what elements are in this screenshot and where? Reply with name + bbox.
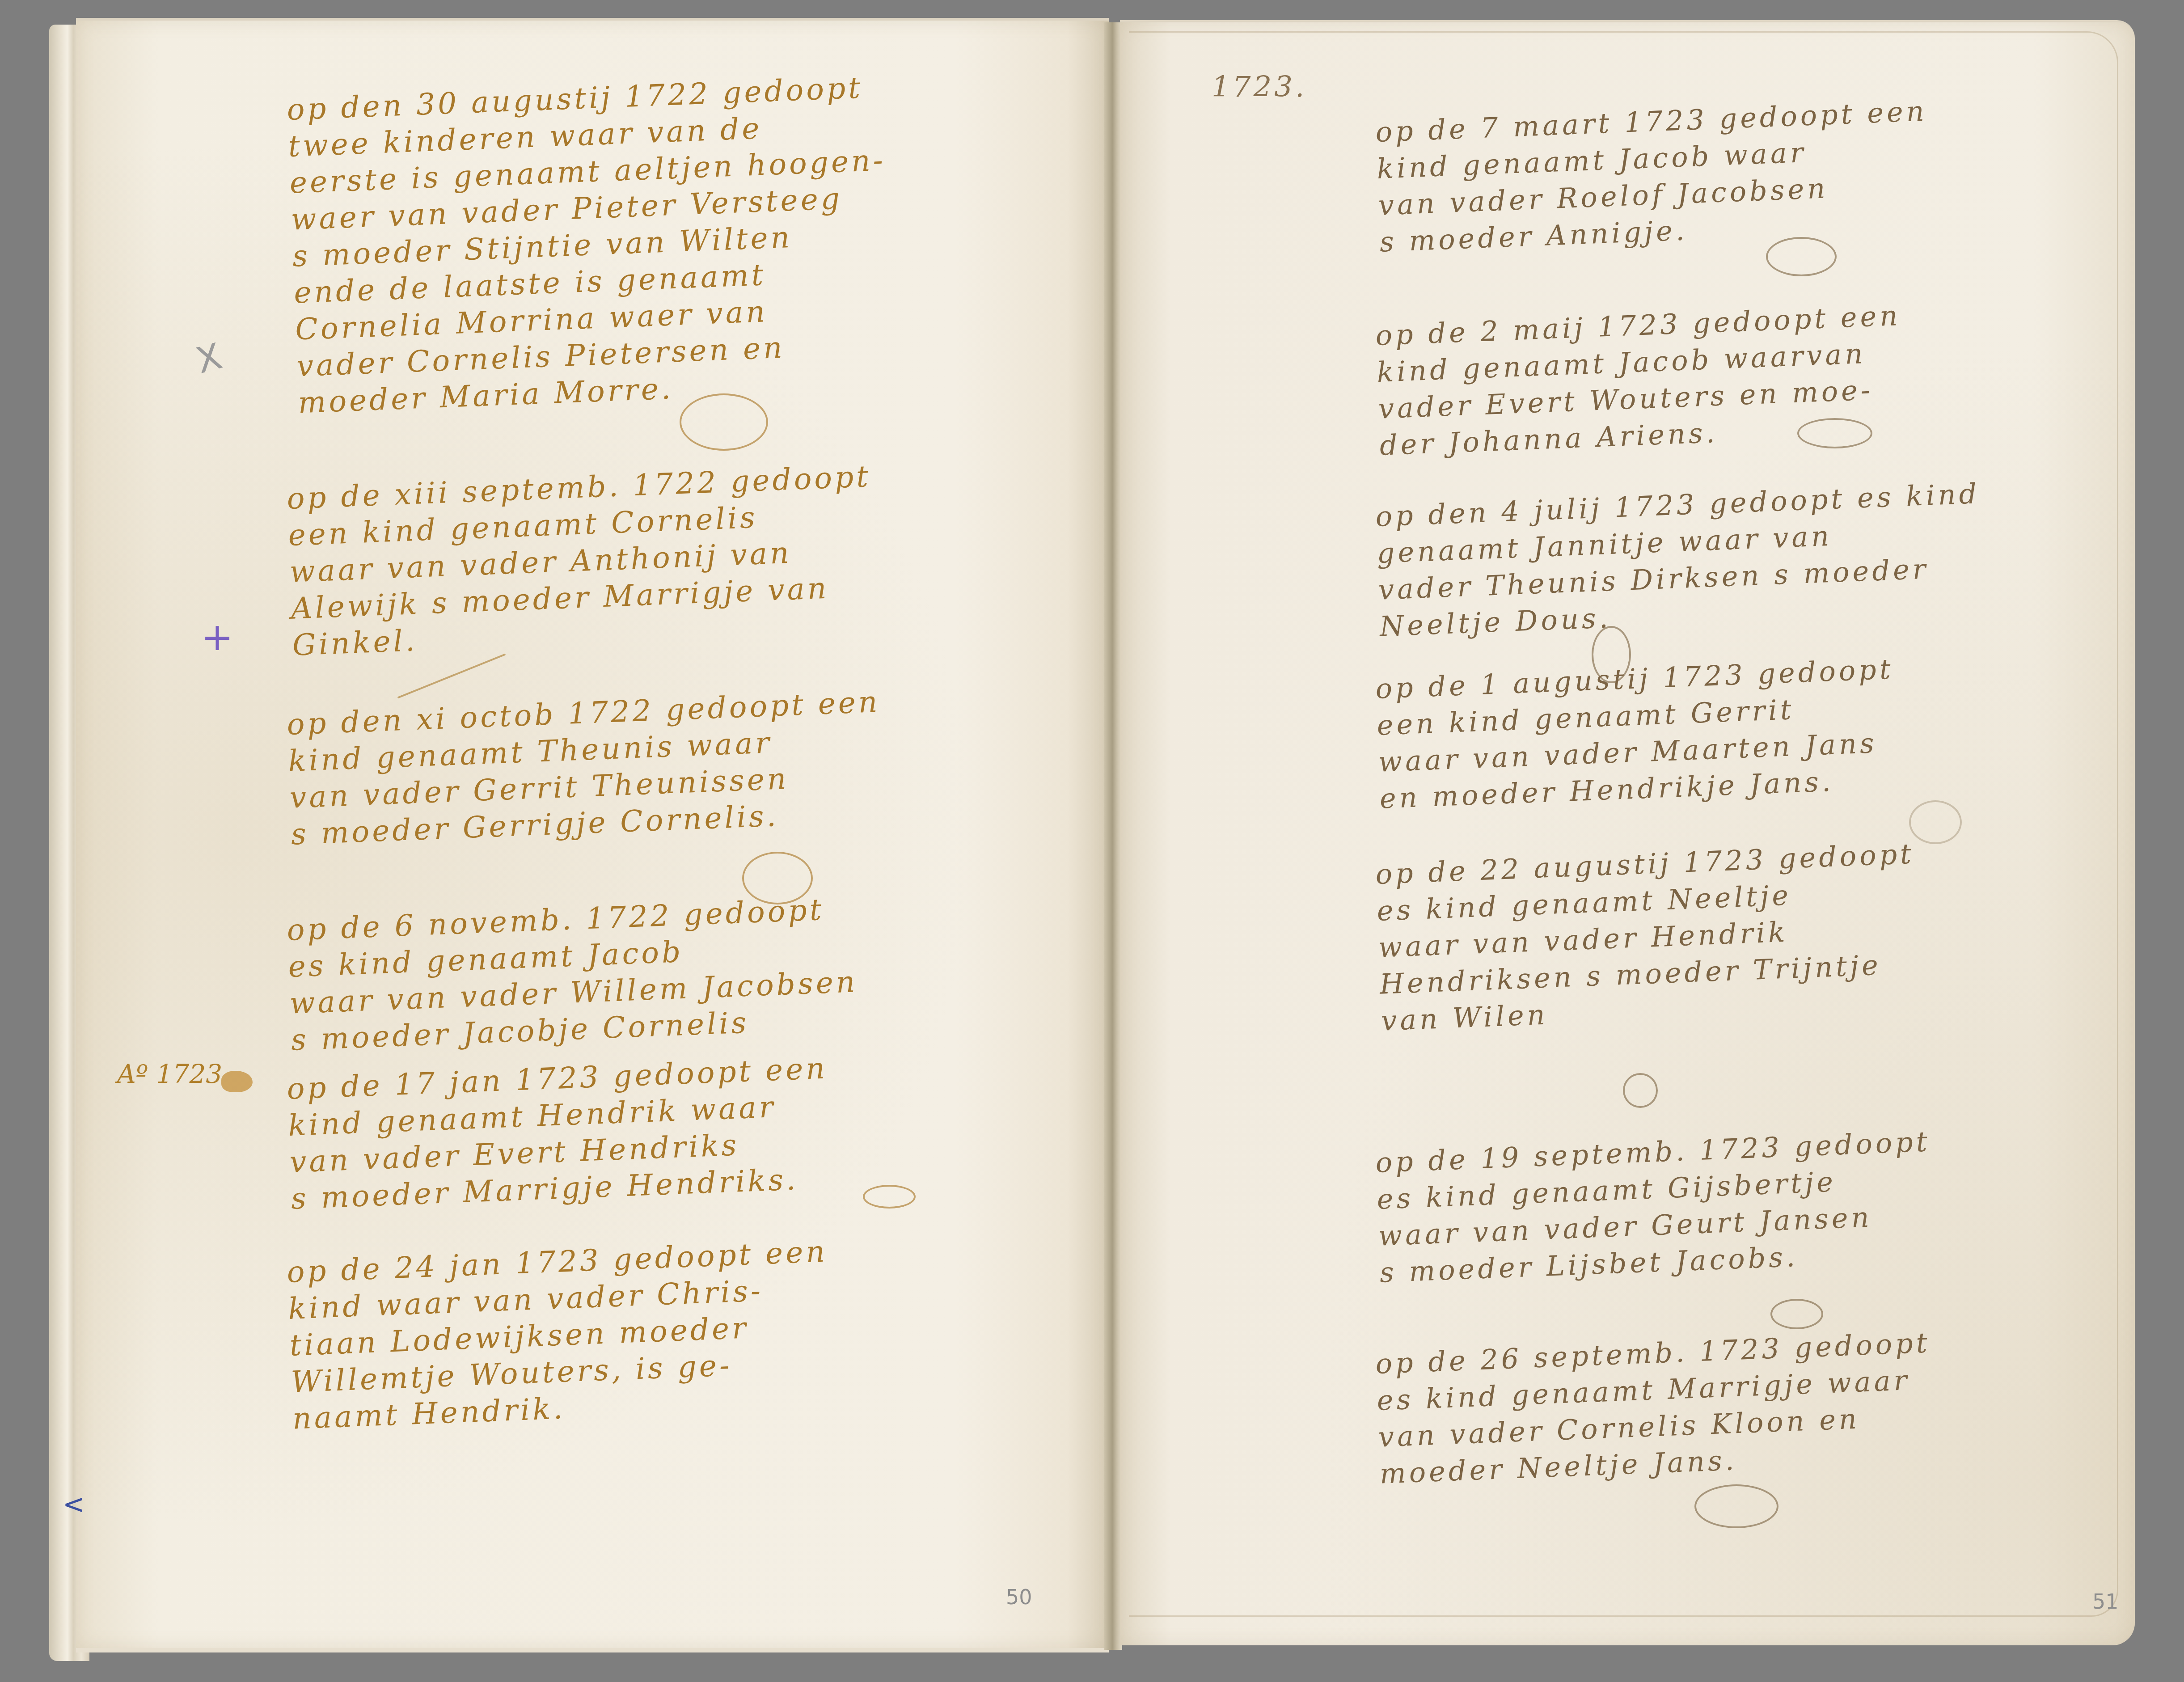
- flourish-separator: [863, 1185, 916, 1209]
- page-number-right: 51: [2092, 1589, 2119, 1614]
- baptism-entry: op de 19 septemb. 1723 gedoopt es kind g…: [1375, 1123, 1935, 1291]
- baptism-entry: op den 4 julij 1723 gedoopt es kind gena…: [1375, 475, 1985, 645]
- baptism-entry: op den 30 augustij 1722 gedoopt twee kin…: [286, 69, 895, 422]
- flourish-separator: [1694, 1484, 1778, 1528]
- baptism-entry: op de 7 maart 1723 gedoopt een kind gena…: [1375, 93, 1932, 261]
- baptism-entry: op de 1 augustij 1723 gedoopt een kind g…: [1375, 651, 1899, 817]
- baptism-entry: op de 22 augustij 1723 gedoopt es kind g…: [1375, 836, 1921, 1040]
- year-heading: 1723.: [1212, 71, 1307, 104]
- flourish-separator: [680, 393, 768, 451]
- baptism-entry: op den xi octob 1722 gedoopt een kind ge…: [286, 684, 885, 853]
- flourish-separator: [1623, 1073, 1658, 1108]
- baptism-entry: op de xiii septemb. 1722 gedoopt een kin…: [286, 458, 877, 664]
- flourish-separator: [1766, 237, 1837, 276]
- blue-margin-mark: <: [63, 1489, 85, 1520]
- purple-plus-mark: +: [201, 615, 233, 659]
- flourish-separator: [1909, 800, 1962, 844]
- margin-year-annotation: Aº 1723: [117, 1059, 222, 1089]
- baptism-entry: op de 26 septemb. 1723 gedoopt es kind g…: [1375, 1324, 1935, 1492]
- book-gutter: [1104, 22, 1122, 1650]
- flourish-separator: [1770, 1299, 1823, 1329]
- flourish-separator: [1797, 418, 1872, 448]
- baptism-entry: op de 17 jan 1723 gedoopt een kind genaa…: [286, 1050, 832, 1217]
- baptism-entry: op de 24 jan 1723 gedoopt een kind waar …: [286, 1234, 834, 1437]
- ink-stain: [221, 1071, 253, 1092]
- page-number-left: 50: [1006, 1585, 1032, 1609]
- baptism-entry: op de 6 novemb. 1722 gedoopt es kind gen…: [286, 890, 860, 1059]
